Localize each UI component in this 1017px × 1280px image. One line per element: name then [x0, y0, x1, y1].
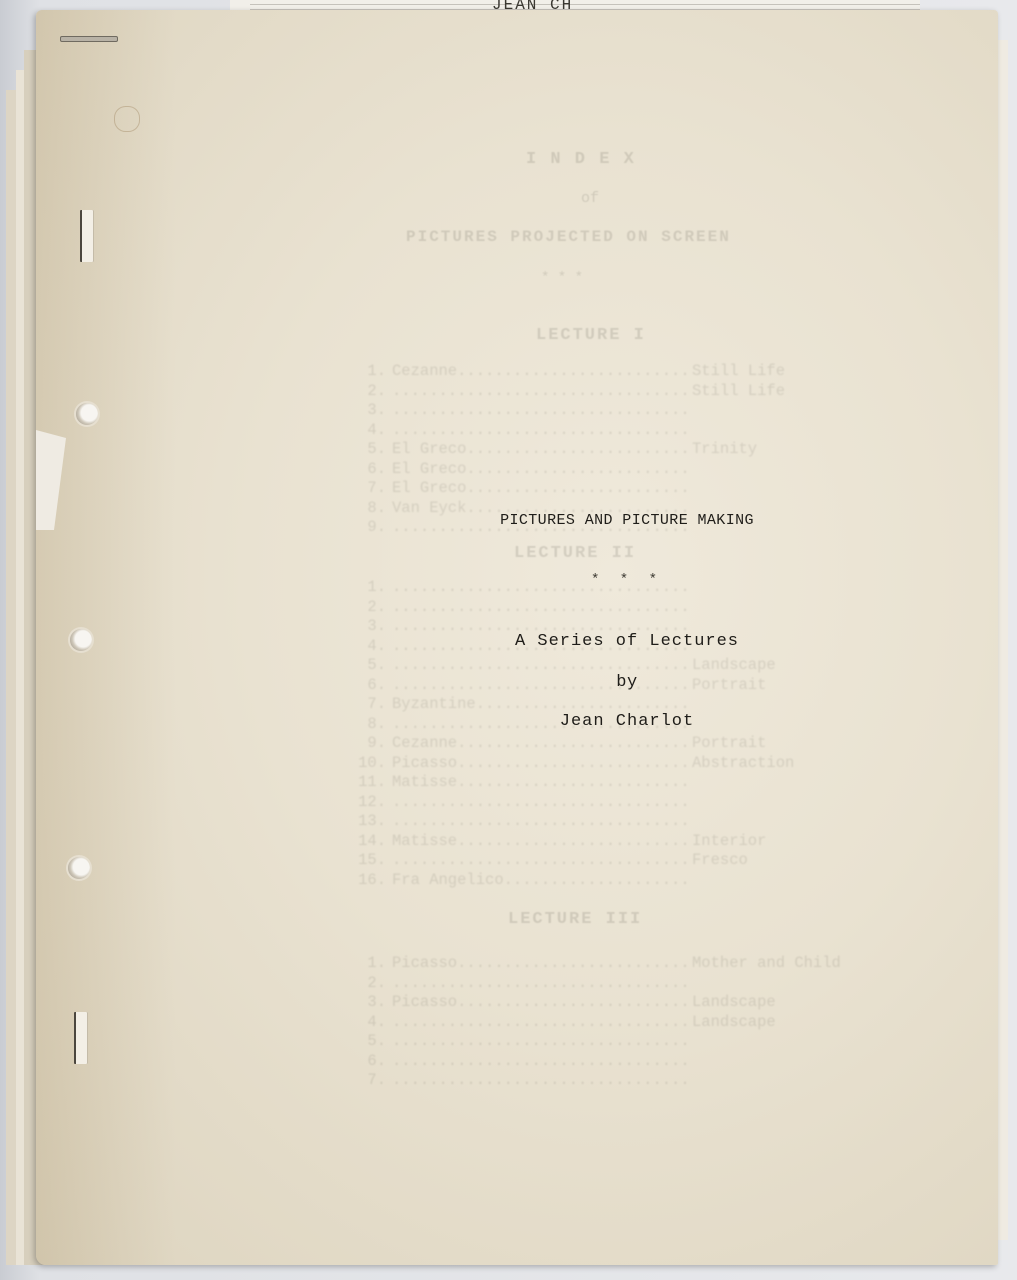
ghost-index-row: 11.Matisse..............................…	[342, 773, 794, 793]
ghost-index-row: 7.El Greco..............................…	[342, 479, 785, 499]
byline: by	[146, 673, 1017, 692]
ghost-index-of: of	[581, 190, 599, 207]
ghost-index-row: 2.......................................…	[342, 382, 785, 402]
ghost-index-row: 4.......................................…	[342, 1013, 841, 1033]
separator-asterisks: * * *	[146, 572, 1017, 588]
ghost-index-subtitle: PICTURES PROJECTED ON SCREEN	[406, 228, 731, 246]
ghost-index-row: 10.Picasso..............................…	[342, 754, 794, 774]
ghost-index-stars: * * *	[541, 270, 583, 286]
ghost-index-row: 1.Picasso...............................…	[342, 954, 841, 974]
ghost-index-row: 9.Cezanne...............................…	[342, 734, 794, 754]
document-subtitle: A Series of Lectures	[146, 632, 1017, 651]
ghost-index-list: 1.Picasso...............................…	[342, 954, 841, 1091]
ghost-index-row: 14.Matisse..............................…	[342, 832, 794, 852]
author-name: Jean Charlot	[146, 712, 1017, 731]
torn-edge	[36, 430, 66, 530]
ghost-index-row: 1.Cezanne...............................…	[342, 362, 785, 382]
ghost-section-heading: LECTURE II	[514, 544, 636, 563]
document-title: PICTURES AND PICTURE MAKING	[146, 512, 1017, 529]
punch-hole-icon	[68, 857, 90, 879]
ghost-index-row: 6.El Greco..............................…	[342, 460, 785, 480]
ghost-index-list: 1.......................................…	[342, 578, 794, 890]
ghost-index-row: 5.El Greco..............................…	[342, 440, 785, 460]
ghost-index-row: 7.......................................…	[342, 1071, 841, 1091]
ghost-index-row: 4.......................................…	[342, 421, 785, 441]
binder-slot-icon	[80, 210, 94, 262]
photo-scene: JEAN CH I N D E X of PICTURES PROJECTED …	[0, 0, 1017, 1280]
ghost-index-row: 3.......................................…	[342, 401, 785, 421]
ghost-index-row: 15......................................…	[342, 851, 794, 871]
ghost-index-row: 6.......................................…	[342, 1052, 841, 1072]
ghost-index-row: 2.......................................…	[342, 598, 794, 618]
ghost-section-heading: LECTURE III	[508, 910, 642, 929]
ghost-index-row: 13......................................…	[342, 812, 794, 832]
paper-stain	[114, 106, 140, 132]
binder-slot-icon	[74, 1012, 88, 1064]
ghost-index-row: 5.......................................…	[342, 1032, 841, 1052]
staple-icon	[60, 36, 118, 42]
ghost-section-heading: LECTURE I	[536, 326, 646, 345]
ghost-index-row: 2.......................................…	[342, 974, 841, 994]
ghost-index-row: 16.Fra Angelico.........................…	[342, 871, 794, 891]
punch-hole-icon	[76, 403, 98, 425]
title-page: I N D E X of PICTURES PROJECTED ON SCREE…	[36, 10, 998, 1265]
punch-hole-icon	[70, 629, 92, 651]
ghost-index-row: 12......................................…	[342, 793, 794, 813]
ghost-index-row: 3.Picasso...............................…	[342, 993, 841, 1013]
ghost-index-heading: I N D E X	[526, 150, 636, 169]
